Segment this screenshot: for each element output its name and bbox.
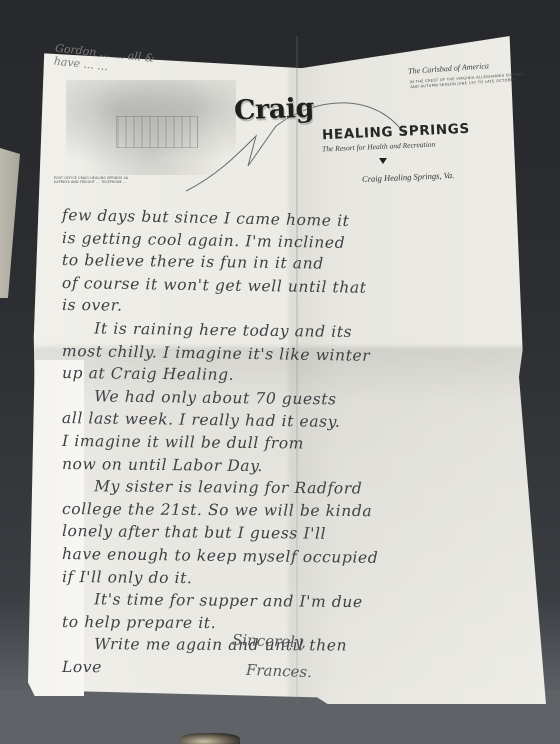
letter-closing: Sincerely,: [232, 631, 307, 652]
small-object: [180, 733, 240, 744]
postoffice-text: POST OFFICE CRAIG HEALING SPRINGS VA EXP…: [54, 176, 136, 184]
letter-sheet: Gordon ... ... all & have ... ... Craig …: [26, 36, 546, 704]
brand-name: Craig: [233, 93, 314, 127]
triangle-icon: [379, 158, 387, 164]
letter-line: college the 21st. So we will be kinda: [62, 498, 532, 524]
letter-signature: Frances.: [246, 661, 313, 681]
letter-body: few days but since I came home itis gett…: [62, 204, 532, 678]
